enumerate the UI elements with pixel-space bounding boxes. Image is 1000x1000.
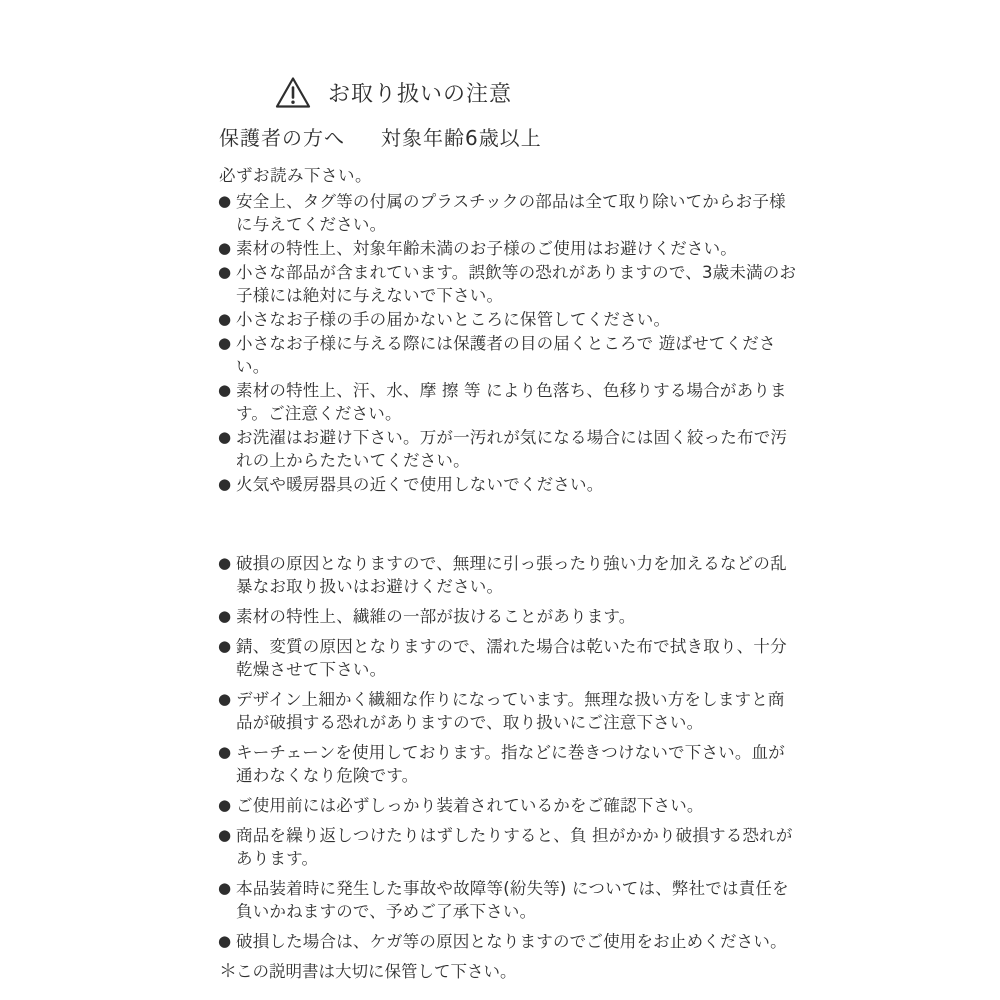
page-title: お取り扱いの注意 bbox=[328, 77, 512, 108]
list-item: ●火気や暖房器具の近くで使用しないでください。 bbox=[219, 473, 797, 496]
footnote: ＊ この説明書は大切に保管して下さい。 bbox=[219, 960, 797, 983]
warning-text: 破損した場合は、ケガ等の原因となりますのでご使用をお止めください。 bbox=[236, 932, 787, 951]
warning-text: 素材の特性上、対象年齢未満のお子様のご使用はお避けください。 bbox=[236, 239, 737, 258]
bullet-icon: ● bbox=[218, 635, 231, 658]
bullet-icon: ● bbox=[218, 379, 231, 402]
bullet-icon: ● bbox=[218, 190, 231, 213]
bullet-icon: ● bbox=[218, 688, 231, 711]
asterisk-marker: ＊ bbox=[219, 960, 236, 983]
warning-text: 小さな部品が含まれています。誤飲等の恐れがありますので、3歳未満のお子様には絶対… bbox=[236, 263, 796, 305]
list-item: ●錆、変質の原因となりますので、濡れた場合は乾いた布で拭き取り、十分乾燥させて下… bbox=[219, 635, 797, 681]
bullet-icon: ● bbox=[218, 332, 231, 355]
warning-text: 破損の原因となりますので、無理に引っ張ったり強い力を加えるなどの乱暴なお取り扱い… bbox=[236, 554, 787, 596]
bullet-icon: ● bbox=[218, 877, 231, 900]
warning-text: お洗濯はお避け下さい。万が一汚れが気になる場合には固く絞った布で汚れの上からたた… bbox=[236, 428, 787, 470]
list-item: ●小さな部品が含まれています。誤飲等の恐れがありますので、3歳未満のお子様には絶… bbox=[219, 261, 797, 307]
bullet-icon: ● bbox=[218, 473, 231, 496]
instruction-sheet: お取り扱いの注意 保護者の方へ 対象年齢6歳以上 必ずお読み下さい。 ●安全上、… bbox=[0, 0, 1000, 1000]
list-item: ●デザイン上細かく繊細な作りになっています。無理な扱い方をしますと商品が破損する… bbox=[219, 688, 797, 734]
audience-line: 保護者の方へ 対象年齢6歳以上 bbox=[219, 122, 797, 151]
list-item: ●小さなお子様の手の届かないところに保管してください。 bbox=[219, 308, 797, 331]
list-item: ●素材の特性上、汗、水、摩 擦 等 により色落ち、色移りする場合があります。ご注… bbox=[219, 379, 797, 425]
list-item: ●キーチェーンを使用しております。指などに巻きつけないで下さい。血が通わなくなり… bbox=[219, 741, 797, 787]
document-header: お取り扱いの注意 bbox=[275, 76, 797, 109]
warning-text: 安全上、タグ等の付属のプラスチックの部品は全て取り除いてからお子様に与えてくださ… bbox=[236, 192, 786, 234]
warning-text: 素材の特性上、繊維の一部が抜けることがあります。 bbox=[236, 607, 635, 626]
warning-text: 小さなお子様の手の届かないところに保管してください。 bbox=[236, 310, 670, 329]
warning-text: 商品を繰り返しつけたりはずしたりすると、負 担がかかり破損する恐れがあります。 bbox=[236, 826, 793, 868]
list-item: ●破損した場合は、ケガ等の原因となりますのでご使用をお止めください。 bbox=[219, 930, 797, 953]
footnote-text: この説明書は大切に保管して下さい。 bbox=[236, 960, 517, 983]
list-item: ●素材の特性上、繊維の一部が抜けることがあります。 bbox=[219, 605, 797, 628]
warning-text: 本品装着時に発生した事故や故障等(紛失等) については、弊社では責任を負いかねま… bbox=[236, 879, 789, 921]
read-note: 必ずお読み下さい。 bbox=[219, 162, 797, 186]
list-item: ●破損の原因となりますので、無理に引っ張ったり強い力を加えるなどの乱暴なお取り扱… bbox=[219, 552, 797, 598]
age-range-label: 対象年齢6歳以上 bbox=[381, 122, 542, 151]
warning-triangle-icon bbox=[275, 76, 311, 109]
warning-text: ご使用前には必ずしっかり装着されているかをご確認下さい。 bbox=[236, 796, 704, 815]
warning-text: 小さなお子様に与える際には保護者の目の届くところで 遊ばせてください。 bbox=[236, 334, 776, 376]
bullet-icon: ● bbox=[218, 261, 231, 284]
document-content: お取り扱いの注意 保護者の方へ 対象年齢6歳以上 必ずお読み下さい。 ●安全上、… bbox=[219, 76, 797, 983]
audience-label: 保護者の方へ bbox=[219, 122, 345, 151]
bullet-icon: ● bbox=[218, 552, 231, 575]
bullet-icon: ● bbox=[218, 930, 231, 953]
bullet-icon: ● bbox=[218, 794, 231, 817]
bullet-icon: ● bbox=[218, 426, 231, 449]
bullet-icon: ● bbox=[218, 237, 231, 260]
warning-text: 火気や暖房器具の近くで使用しないでください。 bbox=[236, 475, 603, 494]
warning-text: 錆、変質の原因となりますので、濡れた場合は乾いた布で拭き取り、十分乾燥させて下さ… bbox=[236, 637, 787, 679]
warning-text: デザイン上細かく繊細な作りになっています。無理な扱い方をしますと商品が破損する恐… bbox=[236, 690, 785, 732]
warning-list-general: ●安全上、タグ等の付属のプラスチックの部品は全て取り除いてからお子様に与えてくだ… bbox=[219, 190, 797, 496]
bullet-icon: ● bbox=[218, 605, 231, 628]
list-item: ●ご使用前には必ずしっかり装着されているかをご確認下さい。 bbox=[219, 794, 797, 817]
list-item: ●素材の特性上、対象年齢未満のお子様のご使用はお避けください。 bbox=[219, 237, 797, 260]
bullet-icon: ● bbox=[218, 824, 231, 847]
list-item: ●安全上、タグ等の付属のプラスチックの部品は全て取り除いてからお子様に与えてくだ… bbox=[219, 190, 797, 236]
list-item: ●お洗濯はお避け下さい。万が一汚れが気になる場合には固く絞った布で汚れの上からた… bbox=[219, 426, 797, 472]
warning-list-product: ●破損の原因となりますので、無理に引っ張ったり強い力を加えるなどの乱暴なお取り扱… bbox=[219, 552, 797, 953]
bullet-icon: ● bbox=[218, 308, 231, 331]
warning-text: キーチェーンを使用しております。指などに巻きつけないで下さい。血が通わなくなり危… bbox=[236, 743, 785, 785]
list-item: ●本品装着時に発生した事故や故障等(紛失等) については、弊社では責任を負いかね… bbox=[219, 877, 797, 923]
list-item: ●商品を繰り返しつけたりはずしたりすると、負 担がかかり破損する恐れがあります。 bbox=[219, 824, 797, 870]
bullet-icon: ● bbox=[218, 741, 231, 764]
list-item: ●小さなお子様に与える際には保護者の目の届くところで 遊ばせてください。 bbox=[219, 332, 797, 378]
warning-text: 素材の特性上、汗、水、摩 擦 等 により色落ち、色移りする場合があります。ご注意… bbox=[236, 381, 787, 423]
